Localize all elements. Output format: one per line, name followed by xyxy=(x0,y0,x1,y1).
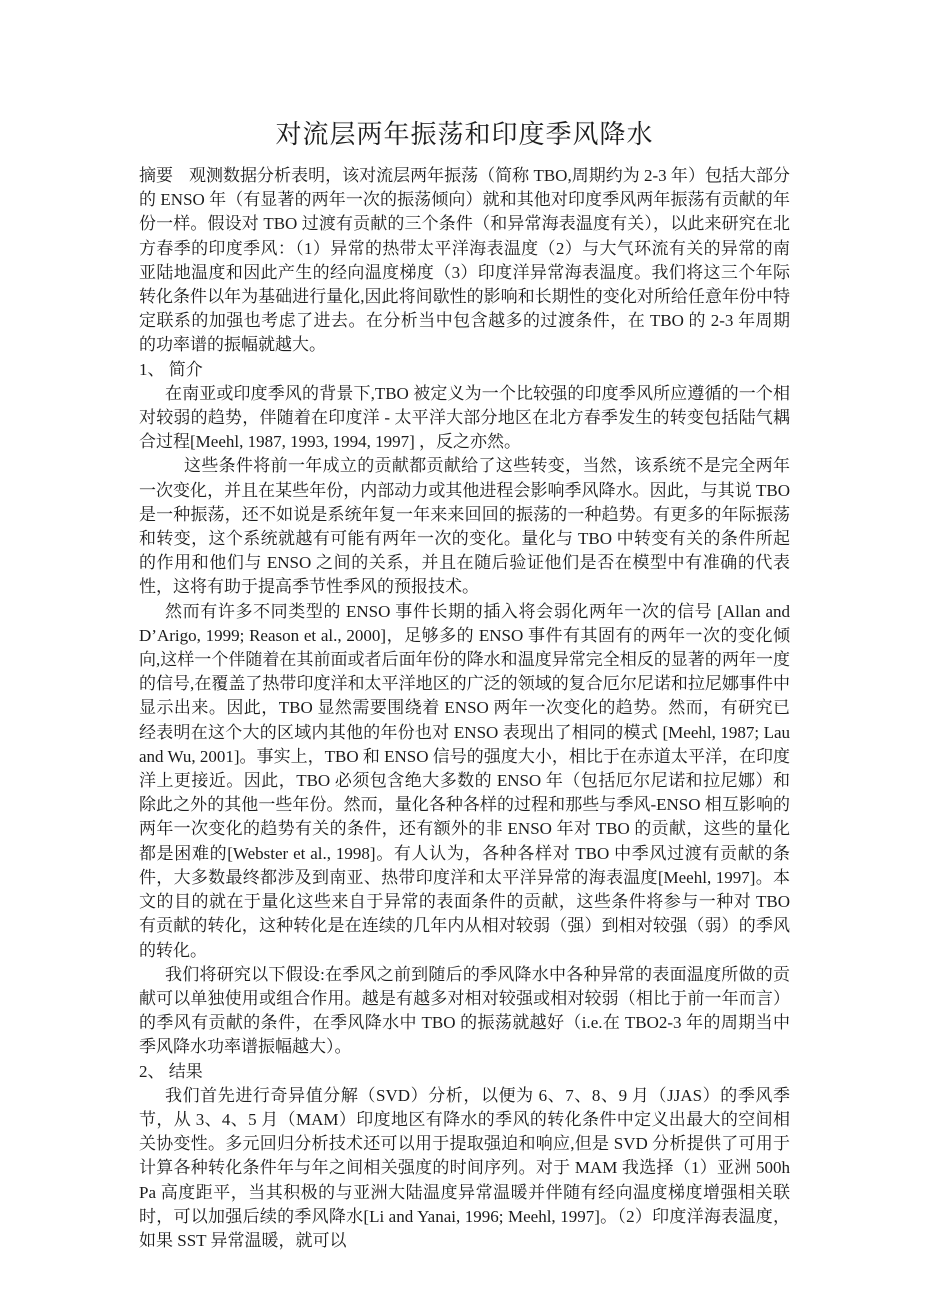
section-heading-results: 2、 结果 xyxy=(139,1060,790,1084)
intro-paragraph-2: 这些条件将前一年成立的贡献都贡献给了这些转变，当然，该系统不是完全两年一次变化，… xyxy=(139,454,790,599)
intro-paragraph-4: 我们将研究以下假设:在季风之前到随后的季风降水中各种异常的表面温度所做的贡献可以… xyxy=(139,963,790,1060)
abstract-text: 观测数据分析表明，该对流层两年振荡（简称 TBO,周期约为 2-3 年）包括大部… xyxy=(139,166,790,354)
intro-paragraph-3: 然而有许多不同类型的 ENSO 事件长期的插入将会弱化两年一次的信号 [Alla… xyxy=(139,600,790,963)
results-paragraph-1: 我们首先进行奇异值分解（SVD）分析，以便为 6、7、8、9 月（JJAS）的季… xyxy=(139,1084,790,1253)
document-title: 对流层两年振荡和印度季风降水 xyxy=(139,116,790,154)
intro-paragraph-1: 在南亚或印度季风的背景下,TBO 被定义为一个比较强的印度季风所应遵循的一个相对… xyxy=(139,382,790,455)
document-page: 对流层两年振荡和印度季风降水 摘要观测数据分析表明，该对流层两年振荡（简称 TB… xyxy=(0,0,926,1253)
abstract-label: 摘要 xyxy=(139,164,173,188)
section-heading-introduction: 1、 简介 xyxy=(139,358,790,382)
abstract-paragraph: 摘要观测数据分析表明，该对流层两年振荡（简称 TBO,周期约为 2-3 年）包括… xyxy=(139,164,790,358)
